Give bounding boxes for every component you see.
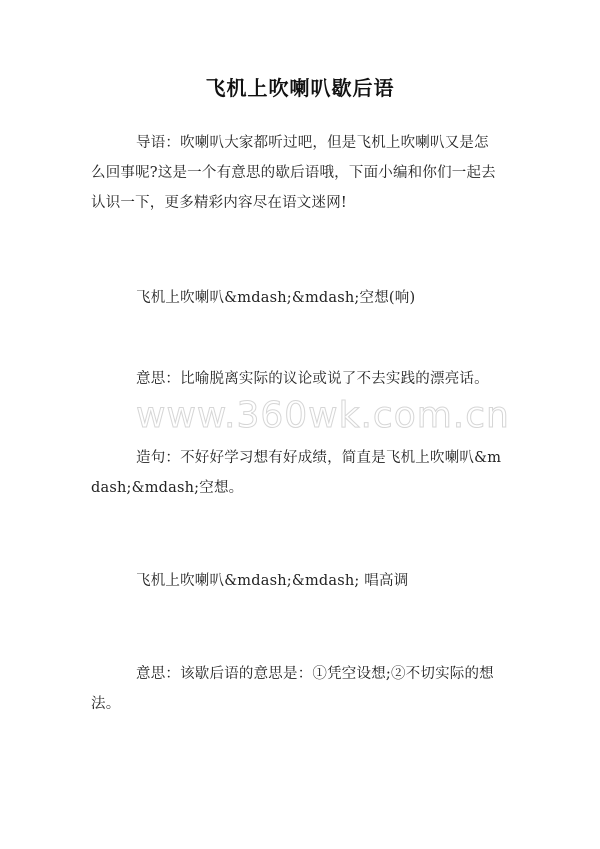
intro-paragraph: 导语：吹喇叭大家都听过吧，但是飞机上吹喇叭又是怎么回事呢?这是一个有意思的歇后语… <box>91 128 503 218</box>
watermark-text: www.360wk.com.cn <box>136 393 466 439</box>
proverb-item-2: 飞机上吹喇叭&mdash;&mdash; 唱高调 <box>91 566 503 596</box>
document-page: 飞机上吹喇叭歇后语 导语：吹喇叭大家都听过吧，但是飞机上吹喇叭又是怎么回事呢?这… <box>0 0 600 849</box>
example-sentence-1: 造句：不好好学习想有好成绩，简直是飞机上吹喇叭&mdash;&mdash;空想。 <box>91 443 503 503</box>
meaning-paragraph-2: 意思：该歇后语的意思是：①凭空设想;②不切实际的想法。 <box>91 659 503 719</box>
meaning-paragraph-1: 意思：比喻脱离实际的议论或说了不去实践的漂亮话。 <box>91 364 503 394</box>
document-title: 飞机上吹喇叭歇后语 <box>0 72 600 101</box>
proverb-item-1: 飞机上吹喇叭&mdash;&mdash;空想(响) <box>91 283 503 313</box>
